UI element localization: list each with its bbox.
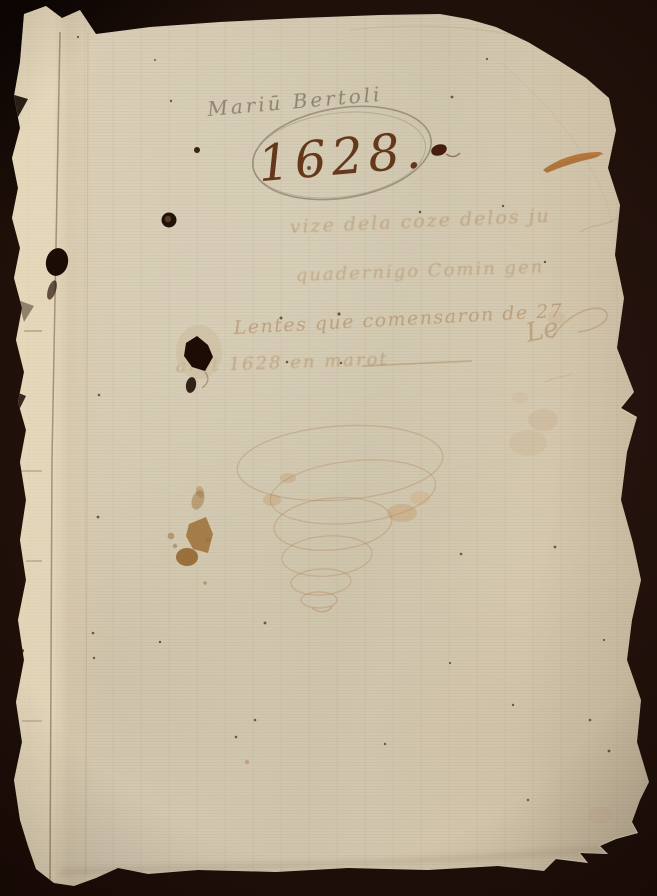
paper-sheet: Mariū Bertoli 1628. vize dela coze delos xyxy=(0,0,657,896)
pink-speck xyxy=(245,760,249,764)
owner-inscription: Mariū Bertoli xyxy=(205,82,383,121)
faded-line-2: quadernigo Comin gen xyxy=(295,256,544,286)
spine-crease-lines xyxy=(50,30,88,880)
ink-burn-spot xyxy=(162,213,177,228)
faint-stains xyxy=(509,311,612,824)
spine-frays xyxy=(4,92,42,722)
artwork-layer: Mariū Bertoli 1628. vize dela coze delos xyxy=(0,0,657,896)
year-text: 1628. xyxy=(255,121,428,193)
rust-streak xyxy=(543,152,603,173)
paper-hole xyxy=(176,325,222,394)
spiral-doodle xyxy=(235,419,446,612)
bottom-edge-shadow xyxy=(60,846,640,872)
photo-background: Mariū Bertoli 1628. vize dela coze delos xyxy=(0,0,657,896)
torn-edge-highlights xyxy=(556,393,638,863)
faded-line-3: Lentes que comensaron de 27 xyxy=(232,300,564,339)
faded-line-1: vize dela coze delos ju xyxy=(289,205,551,238)
spine-hole xyxy=(43,246,70,301)
brown-stain xyxy=(168,485,213,585)
faded-inscriptions: vize dela coze delos ju quadernigo Comin… xyxy=(175,205,607,377)
